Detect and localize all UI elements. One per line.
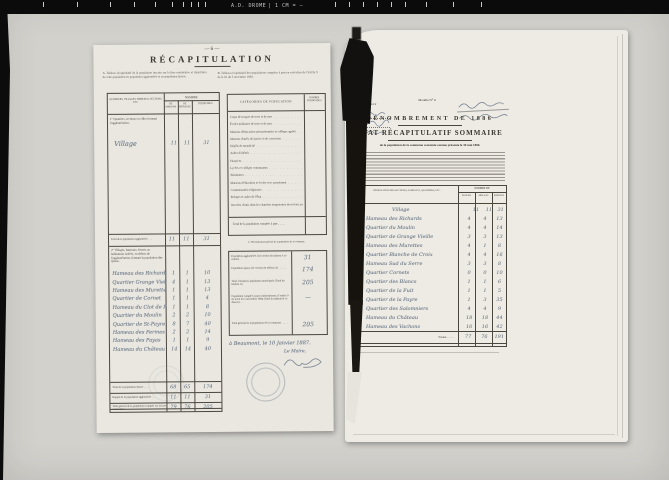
model-number-label: Modèle N° 6 xyxy=(400,98,454,102)
mayor-role-line: Le Maire, xyxy=(284,349,306,354)
mayor-signature-squiggle xyxy=(282,355,324,371)
category-label: Dépôts de mendicité xyxy=(230,144,255,148)
individuals-total: 191 xyxy=(493,334,506,340)
place-name: Hameau Sud du Serre xyxy=(356,261,461,267)
table-row: Quartier des Salomniers 4 4 9 xyxy=(356,304,506,313)
category-label: Maisons d'arrêt, de justice et de correc… xyxy=(230,136,281,140)
households-count: 1 xyxy=(180,279,194,285)
place-name: Hameau du Clot de Paris xyxy=(110,304,168,311)
binding-notch xyxy=(352,27,361,40)
category-label: Communautés religieuses xyxy=(231,188,262,192)
households-count: 1 xyxy=(477,243,493,249)
individuals-count: 8 xyxy=(493,261,506,267)
individuals-count: 31 xyxy=(495,207,506,213)
totaux-row: Totaux . . . . . 77 76 191 xyxy=(356,332,506,341)
summary-value: 31 xyxy=(291,254,324,266)
summary-row: Population comptée à part conformément à… xyxy=(229,294,325,322)
section-c: C. Dénombrement général de la population… xyxy=(228,241,326,334)
scanner-ruler-bar: A.D. DROME | 1 CM = — xyxy=(0,0,669,14)
households-count: 1 xyxy=(181,287,195,293)
category-label: Ouvriers réunis dans les chantiers tempo… xyxy=(231,202,303,207)
households-count: 11 xyxy=(179,236,193,242)
col-maisons: MAISONS xyxy=(458,195,475,197)
summary-row: Population éparse (2e section du tableau… xyxy=(229,266,325,280)
intro-a: A. Tableau récapitulatif de la populatio… xyxy=(103,71,207,79)
etat-subtitle: de la population de la commune constatée… xyxy=(355,143,505,147)
houses-count: 4 xyxy=(461,216,477,222)
houses-count: 4 xyxy=(461,252,477,258)
intro-b: B. Tableau récapitulatif des populations… xyxy=(218,71,318,79)
households-count: 0 xyxy=(477,270,493,276)
households-count: 14 xyxy=(181,346,195,352)
households-count: 1 xyxy=(181,304,195,310)
individuals-count: 31 xyxy=(193,236,220,242)
individuals-count: 16 xyxy=(493,252,506,258)
houses-count: 2 xyxy=(167,312,181,318)
page-stack-edge xyxy=(622,34,623,438)
totaux-label: Totaux . . . . . xyxy=(356,335,460,339)
table-row: Quartier Blanche de Croix 4 4 16 xyxy=(356,250,506,259)
houses-count: 1 xyxy=(167,338,181,344)
category-label: Corps de troupes de terre et de mer xyxy=(230,114,272,118)
individuals-count: 10 xyxy=(493,270,506,276)
houses-count: 8 xyxy=(167,321,181,327)
individuals-count: 31 xyxy=(194,140,220,146)
place-name: Quartier des Blancs xyxy=(356,279,461,285)
table-row: Hameau du Château 18 18 44 xyxy=(356,313,506,322)
right-page-etat-recapitulatif: Modèle N° 6 DÉPARTEMENT DE LA DROME DÉNO… xyxy=(345,30,628,442)
section2-label: 2° Villages, hameaux, fermes ou habitati… xyxy=(111,248,163,263)
table-a-header: QUARTIERS, VILLAGES, HAMEAUX, SECTIONS, … xyxy=(109,98,163,104)
households-count: 4 xyxy=(477,225,493,231)
place-name: Quartier Cornets xyxy=(356,270,461,276)
place-date-line: à Beaumont, le 10 Janvier 1887. xyxy=(214,340,326,347)
table-row: Hameau des Murettes 4 1 8 xyxy=(356,241,506,250)
table-row: Hameau du Château 14 14 40 xyxy=(110,344,221,353)
individuals-count: 14 xyxy=(493,225,506,231)
category-label: Refuges et asiles de l'État xyxy=(231,195,262,199)
col-menages: MÉNAGES xyxy=(475,195,492,197)
place-name: Quartier Grange Vieille xyxy=(109,279,167,286)
category-row: Ouvriers réunis dans les chantiers tempo… xyxy=(231,202,303,210)
place-name: Hameau des Murettes xyxy=(356,243,461,249)
col-maisons: DE MAISONS xyxy=(164,103,178,109)
category-label: Maisons d'éducation et écoles avec pensi… xyxy=(230,180,286,184)
table-b-rows: Corps de troupes de terre et de merÉcole… xyxy=(230,114,303,209)
summary-label: Population éparse (2e section du tableau… xyxy=(229,266,291,280)
film-edge-strip xyxy=(0,14,10,480)
table-header: DÉSIGNATION DES SECTIONS, HAMEAUX, QUART… xyxy=(358,190,456,193)
houses-count: 11 xyxy=(470,207,483,213)
houses-total: 77 xyxy=(460,334,476,340)
category-label: Asiles d'aliénés xyxy=(230,151,249,155)
table-row: Hameau des Vachons 16 16 42 xyxy=(356,322,506,331)
table-row: Quartier de la Payre 1 3 35 xyxy=(356,295,506,304)
summary-table: DÉSIGNATION DES SECTIONS, HAMEAUX, QUART… xyxy=(355,185,507,347)
households-count: 1 xyxy=(477,279,493,285)
table-row: Village 11 11 31 xyxy=(356,205,506,214)
individuals-count: 8 xyxy=(194,304,220,310)
summary-value: 174 xyxy=(291,266,324,279)
table-a-group-header: NOMBRE xyxy=(164,94,219,98)
individuals-count: 40 xyxy=(194,320,220,326)
category-label: Hospices xyxy=(230,159,241,163)
census-title: DÉNOMBREMENT DE 1886 xyxy=(355,116,505,122)
individuals-count: 6 xyxy=(493,279,506,285)
households-count: 7 xyxy=(181,321,195,327)
place-name: Hameau des Richards xyxy=(356,216,461,222)
place-name: Quartier de St-Payre xyxy=(110,321,168,328)
individuals-count: 10 xyxy=(194,312,220,318)
place-name: Quartier du Moulin xyxy=(356,225,461,231)
individuals-count: 10 xyxy=(194,270,220,276)
total-agglomeree-row: Total de la population agglomérée . . . … xyxy=(109,234,220,245)
summary-row: Total général de la population de la com… xyxy=(230,321,326,334)
households-count: 11 xyxy=(180,140,193,146)
houses-count: 1 xyxy=(167,287,181,293)
households-count: 1 xyxy=(180,270,194,276)
households-count: 18 xyxy=(477,315,493,321)
place-name: Quartier des Salomniers xyxy=(356,306,461,312)
households-count: 4 xyxy=(477,306,493,312)
households-count: 3 xyxy=(477,234,493,240)
houses-count: 4 xyxy=(461,243,477,249)
individuals-count: 13 xyxy=(493,216,506,222)
summary-label: Total général de la population de la com… xyxy=(230,321,292,334)
houses-count: 16 xyxy=(461,324,477,330)
houses-count: 1 xyxy=(167,296,181,302)
houses-count: 4 xyxy=(461,306,477,312)
individuals-count: 13 xyxy=(194,279,220,285)
place-name: Quartier du Moulin xyxy=(110,313,168,320)
place-name: Hameau des Fermes xyxy=(110,329,168,336)
individuals-count: 13 xyxy=(194,287,220,293)
households-count: 1 xyxy=(477,288,493,294)
houses-count: 11 xyxy=(165,236,180,242)
page-bottom-edge xyxy=(353,434,615,435)
houses-count: 1 xyxy=(461,297,477,303)
place-name: Quartier Blanche de Croix xyxy=(356,252,461,258)
households-total: 76 xyxy=(476,334,492,340)
households-count: 11 xyxy=(482,207,495,213)
table-row: Hameau des Richards 4 4 13 xyxy=(356,214,506,223)
section1-label: 1° Quartiers, sections ou villes formant… xyxy=(110,117,162,125)
summary-label: Population agglomérée (1re section du ta… xyxy=(229,254,291,267)
agglo-row: Village 11 11 31 xyxy=(108,137,219,150)
place-name: Quartier de la Fuit xyxy=(356,288,461,294)
individuals-count: 5 xyxy=(493,288,506,294)
page-stack-edge xyxy=(617,36,618,436)
place-name: Village xyxy=(356,207,470,213)
individuals-count: 44 xyxy=(493,315,506,321)
summary-value: — xyxy=(291,294,324,321)
individuals-count: 13 xyxy=(493,234,506,240)
place-name: Village xyxy=(108,139,167,148)
etat-title: ÉTAT RÉCAPITULATIF SOMMAIRE xyxy=(355,129,505,137)
households-count: 4 xyxy=(477,252,493,258)
individuals-count: 8 xyxy=(493,243,506,249)
houses-count: 1 xyxy=(167,304,181,310)
table-b-header: CATÉGORIES DE POPULATION xyxy=(228,99,304,104)
summary-row: Total, formant la population municipale … xyxy=(229,279,325,295)
summary-label: Population comptée à part conformément à… xyxy=(229,294,291,322)
individuals-count: 35 xyxy=(493,297,506,303)
category-label: Lycées et collèges communaux xyxy=(230,166,267,170)
page-title: RÉCAPITULATION xyxy=(93,53,330,65)
place-name: Hameau des Richards xyxy=(109,271,167,278)
col-individus: D'INDIVIDUS xyxy=(192,103,219,106)
category-label: Maisons d'éducation subventionnées et co… xyxy=(230,129,296,134)
table-a-eparse-rows: Hameau des Richards 1 1 10 Quartier Gran… xyxy=(109,269,221,354)
table-row: Hameau Sud du Serre 3 3 8 xyxy=(356,259,506,268)
households-count: 3 xyxy=(477,261,493,267)
households-count: 4 xyxy=(477,216,493,222)
section-c-heading: C. Dénombrement général de la population… xyxy=(228,241,325,245)
table-b: CATÉGORIES DE POPULATION NOMBRE D'INDIVI… xyxy=(227,93,327,236)
page-number: — 6 — xyxy=(93,46,330,53)
houses-count: 1 xyxy=(167,270,181,276)
individuals-count: 31 xyxy=(194,394,221,400)
summary-value: 205 xyxy=(292,321,325,333)
houses-count: 1 xyxy=(461,288,477,294)
place-name: Hameau des Payas xyxy=(110,338,168,345)
summary-row: Population agglomérée (1re section du ta… xyxy=(229,254,325,267)
left-page-recapitulation: — 6 — RÉCAPITULATION A. Tableau récapitu… xyxy=(93,43,333,433)
place-name: Quartier de Cornet xyxy=(110,296,168,303)
houses-count: 4 xyxy=(167,279,181,285)
table-row: Quartier de la Fuit 1 1 5 xyxy=(356,286,506,295)
households-count: 16 xyxy=(477,324,493,330)
place-name: Quartier de la Payre xyxy=(356,297,461,303)
individuals-count: 4 xyxy=(194,295,220,301)
houses-count: 1 xyxy=(461,279,477,285)
houses-count: 3 xyxy=(461,261,477,267)
table-row: Quartier de Grange Vieille 3 3 13 xyxy=(356,232,506,241)
section-c-rows: Population agglomérée (1re section du ta… xyxy=(229,254,326,334)
col-individus: INDIVIDUS xyxy=(492,195,506,197)
houses-count: 3 xyxy=(461,234,477,240)
scale-label: | 1 CM = — xyxy=(268,3,303,9)
houses-count: 18 xyxy=(461,315,477,321)
table-group-header: NOMBRE DE xyxy=(458,187,506,190)
houses-count: 11 xyxy=(167,140,180,146)
table-row: Quartier des Blancs 1 1 6 xyxy=(356,277,506,286)
individuals-count: 42 xyxy=(493,324,506,330)
households-count: 11 xyxy=(180,394,194,400)
category-label: Séminaires xyxy=(230,173,243,177)
place-name: Hameau des Murettes xyxy=(109,287,167,294)
houses-count: 2 xyxy=(167,329,181,335)
total-label: Total de la population agglomérée . . . xyxy=(109,238,165,242)
individuals-count: 9 xyxy=(493,306,506,312)
houses-count: 4 xyxy=(461,225,477,231)
table-b-value-header: NOMBRE D'INDIVIDUS xyxy=(305,97,324,103)
summary-table-rows: Village 11 11 31 Hameau des Richards 4 4… xyxy=(356,205,506,331)
households-count: 2 xyxy=(181,329,195,335)
instructions-fine-print xyxy=(359,152,505,181)
table-row: Quartier du Moulin 4 4 14 xyxy=(356,223,506,232)
houses-count: 14 xyxy=(167,346,181,352)
place-name: Quartier de Grange Vieille xyxy=(356,234,461,240)
houses-count: 0 xyxy=(461,270,477,276)
col-menages: DE MÉNAGES xyxy=(178,103,192,109)
table-b-total-label: Total de la population comptée à part . … xyxy=(233,221,303,226)
summary-label: Total, formant la population municipale … xyxy=(229,279,291,295)
individuals-count: 14 xyxy=(195,329,221,335)
households-count: 2 xyxy=(181,312,195,318)
households-count: 1 xyxy=(181,296,195,302)
individuals-count: 174 xyxy=(194,384,221,390)
category-label: Écoles militaires de terre et de mer xyxy=(230,122,272,126)
archive-label: A.D. DROME xyxy=(231,3,266,9)
households-count: 1 xyxy=(181,337,195,343)
table-row: Quartier Cornets 0 0 10 xyxy=(356,268,506,277)
place-name: Hameau du Château xyxy=(356,315,461,321)
households-count: 3 xyxy=(477,297,493,303)
place-name: Hameau du Château xyxy=(110,346,168,353)
place-name: Hameau des Vachons xyxy=(356,324,461,330)
summary-value: 205 xyxy=(291,279,324,294)
scanned-register-view: A.D. DROME | 1 CM = — — 6 — RÉCAPITULATI… xyxy=(0,0,669,480)
